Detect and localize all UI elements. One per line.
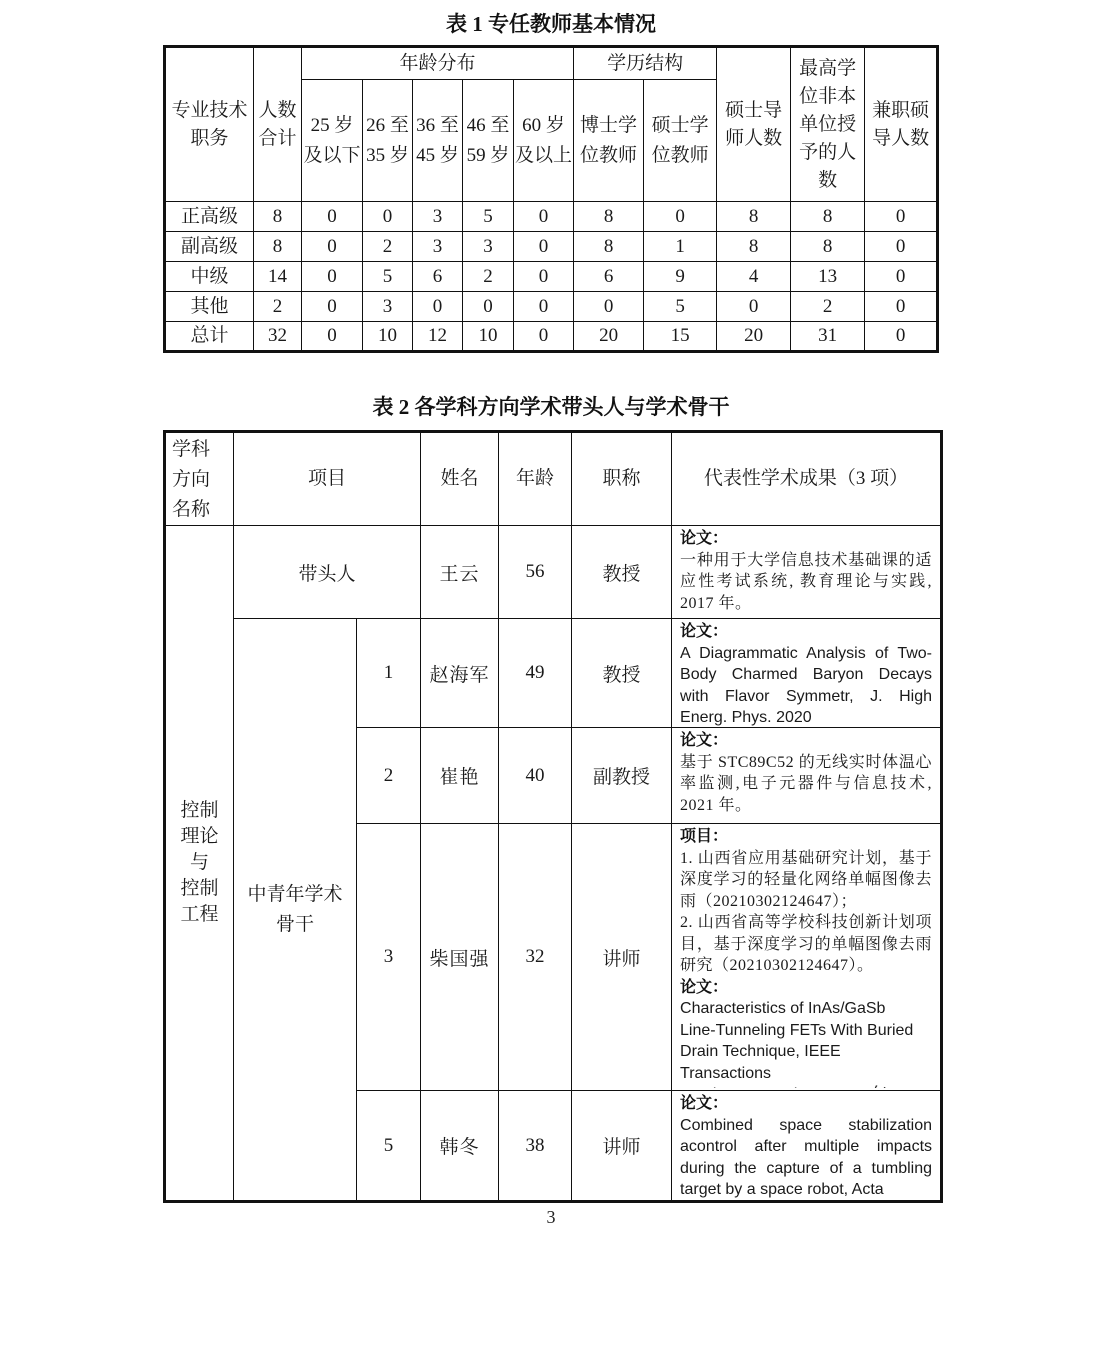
person-age: 49 bbox=[499, 619, 572, 728]
sequence-number: 3 bbox=[357, 824, 421, 1091]
data-cell: 6 bbox=[574, 262, 644, 292]
data-cell: 2 bbox=[791, 292, 865, 322]
data-cell: 14 bbox=[254, 262, 302, 292]
data-cell: 8 bbox=[574, 202, 644, 232]
person-title: 教授 bbox=[572, 619, 672, 728]
th-age-36-45: 36 至 45 岁 bbox=[413, 80, 463, 202]
data-cell: 20 bbox=[574, 322, 644, 352]
data-cell: 9 bbox=[644, 262, 717, 292]
page-number: 3 bbox=[0, 1207, 1102, 1228]
leader-label-cell: 带头人 bbox=[234, 526, 421, 619]
backbone-label-cell: 中青年学术 骨干 bbox=[234, 619, 357, 1202]
th-discipline-direction-name: 学科 方向 名称 bbox=[165, 432, 234, 526]
table-row: 其他 2 0 3 0 0 0 0 5 0 2 0 bbox=[165, 292, 938, 322]
person-name: 柴国强 bbox=[421, 824, 499, 1091]
data-cell: 0 bbox=[302, 292, 363, 322]
table1-header-row-1: 专业技术 职务 人数 合计 年龄分布 学历结构 硕士导 师人数 最高学 位非本 … bbox=[165, 47, 938, 80]
achievements-cell: 论文： A Diagrammatic Analysis of Two-Body … bbox=[672, 619, 942, 728]
data-cell: 2 bbox=[254, 292, 302, 322]
data-cell: 8 bbox=[791, 232, 865, 262]
data-cell: 0 bbox=[413, 292, 463, 322]
data-cell: 0 bbox=[302, 202, 363, 232]
achievements-content: 论文： Combined space stabilization acontro… bbox=[680, 1093, 932, 1200]
person-title: 讲师 bbox=[572, 1091, 672, 1202]
th-title: 职称 bbox=[572, 432, 672, 526]
table2-academic-leaders: 学科 方向 名称 项目 姓名 年龄 职称 代表性学术成果（3 项） 控制 理论 … bbox=[163, 430, 943, 1203]
data-cell: 0 bbox=[865, 202, 938, 232]
person-name: 王云 bbox=[421, 526, 499, 619]
th-doctoral-degree-teachers: 博士学 位教师 bbox=[574, 80, 644, 202]
data-cell: 3 bbox=[363, 292, 413, 322]
data-cell: 31 bbox=[791, 322, 865, 352]
th-age-over-60: 60 岁 及以上 bbox=[514, 80, 574, 202]
achievement-text: Characteristics of InAs/GaSb Line-Tunnel… bbox=[680, 998, 932, 1088]
data-cell: 0 bbox=[302, 232, 363, 262]
row-label: 正高级 bbox=[165, 202, 254, 232]
data-cell: 0 bbox=[363, 202, 413, 232]
data-cell: 8 bbox=[574, 232, 644, 262]
person-title: 讲师 bbox=[572, 824, 672, 1091]
th-project: 项目 bbox=[234, 432, 421, 526]
data-cell: 20 bbox=[717, 322, 791, 352]
achievement-text: 一种用于大学信息技术基础课的适应性考试系统, 教育理论与实践, 2017 年。 bbox=[680, 550, 932, 615]
achievements-cell: 论文： 基于 STC89C52 的无线实时体温心率监测,电子元器件与信息技术, … bbox=[672, 728, 942, 824]
data-cell: 15 bbox=[644, 322, 717, 352]
data-cell: 5 bbox=[363, 262, 413, 292]
sequence-number: 5 bbox=[357, 1091, 421, 1202]
data-cell: 0 bbox=[514, 292, 574, 322]
achievements-cell: 论文： 一种用于大学信息技术基础课的适应性考试系统, 教育理论与实践, 2017… bbox=[672, 526, 942, 619]
table2-title: 表 2 各学科方向学术带头人与学术骨干 bbox=[0, 391, 1102, 421]
achievement-label: 项目： bbox=[680, 826, 932, 848]
th-age: 年龄 bbox=[499, 432, 572, 526]
person-name: 赵海军 bbox=[421, 619, 499, 728]
data-cell: 8 bbox=[717, 202, 791, 232]
th-achievements: 代表性学术成果（3 项） bbox=[672, 432, 942, 526]
th-age-26-35: 26 至 35 岁 bbox=[363, 80, 413, 202]
achievements-cell: 论文： Combined space stabilization acontro… bbox=[672, 1091, 942, 1202]
table-row-leader: 控制 理论 与 控制 工程 带头人 王云 56 教授 论文： 一种用于大学信息技… bbox=[165, 526, 942, 619]
person-age: 56 bbox=[499, 526, 572, 619]
data-cell: 32 bbox=[254, 322, 302, 352]
table1-title: 表 1 专任教师基本情况 bbox=[0, 8, 1102, 38]
row-label: 总计 bbox=[165, 322, 254, 352]
achievement-text: Combined space stabilization acontrol af… bbox=[680, 1115, 932, 1201]
th-age-under-25: 25 岁 及以下 bbox=[302, 80, 363, 202]
th-highest-degree-external: 最高学 位非本 单位授 予的人 数 bbox=[791, 47, 865, 202]
th-headcount-total: 人数 合计 bbox=[254, 47, 302, 202]
achievement-project-2: 2. 山西省高等学校科技创新计划项目，基于深度学习的单幅图像去雨研究（20210… bbox=[680, 912, 932, 977]
table-row: 副高级 8 0 2 3 3 0 8 1 8 8 0 bbox=[165, 232, 938, 262]
achievement-text: A Diagrammatic Analysis of Two-Body Char… bbox=[680, 643, 932, 727]
data-cell: 0 bbox=[302, 262, 363, 292]
row-label: 其他 bbox=[165, 292, 254, 322]
achievements-cell: 项目： 1. 山西省应用基础研究计划，基于深度学习的轻量化网络单幅图像去雨（20… bbox=[672, 824, 942, 1091]
achievement-label: 论文： bbox=[680, 977, 932, 999]
data-cell: 2 bbox=[363, 232, 413, 262]
sequence-number: 1 bbox=[357, 619, 421, 728]
data-cell: 0 bbox=[463, 292, 514, 322]
data-cell: 5 bbox=[463, 202, 514, 232]
achievement-label: 论文： bbox=[680, 528, 932, 550]
data-cell: 0 bbox=[865, 292, 938, 322]
data-cell: 8 bbox=[717, 232, 791, 262]
th-degree-structure-group: 学历结构 bbox=[574, 47, 717, 80]
data-cell: 10 bbox=[363, 322, 413, 352]
table-row: 正高级 8 0 0 3 5 0 8 0 8 8 0 bbox=[165, 202, 938, 232]
table2-header-row: 学科 方向 名称 项目 姓名 年龄 职称 代表性学术成果（3 项） bbox=[165, 432, 942, 526]
data-cell: 0 bbox=[865, 232, 938, 262]
data-cell: 3 bbox=[413, 232, 463, 262]
row-label: 副高级 bbox=[165, 232, 254, 262]
th-adjunct-master-supervisor: 兼职硕 导人数 bbox=[865, 47, 938, 202]
person-age: 40 bbox=[499, 728, 572, 824]
person-age: 32 bbox=[499, 824, 572, 1091]
data-cell: 0 bbox=[644, 202, 717, 232]
data-cell: 8 bbox=[254, 232, 302, 262]
th-master-supervisor-count: 硕士导 师人数 bbox=[717, 47, 791, 202]
th-name: 姓名 bbox=[421, 432, 499, 526]
th-master-degree-teachers: 硕士学 位教师 bbox=[644, 80, 717, 202]
person-title: 教授 bbox=[572, 526, 672, 619]
data-cell: 3 bbox=[463, 232, 514, 262]
data-cell: 0 bbox=[302, 322, 363, 352]
table-row: 中级 14 0 5 6 2 0 6 9 4 13 0 bbox=[165, 262, 938, 292]
th-age-46-59: 46 至 59 岁 bbox=[463, 80, 514, 202]
row-label: 中级 bbox=[165, 262, 254, 292]
data-cell: 4 bbox=[717, 262, 791, 292]
sequence-number: 2 bbox=[357, 728, 421, 824]
th-age-distribution-group: 年龄分布 bbox=[302, 47, 574, 80]
data-cell: 0 bbox=[514, 262, 574, 292]
data-cell: 1 bbox=[644, 232, 717, 262]
discipline-name-cell: 控制 理论 与 控制 工程 bbox=[165, 526, 234, 1202]
data-cell: 0 bbox=[865, 322, 938, 352]
table-row-backbone: 中青年学术 骨干 1 赵海军 49 教授 论文： A Diagrammatic … bbox=[165, 619, 942, 728]
data-cell: 0 bbox=[574, 292, 644, 322]
data-cell: 8 bbox=[791, 202, 865, 232]
achievements-content: 项目： 1. 山西省应用基础研究计划，基于深度学习的轻量化网络单幅图像去雨（20… bbox=[680, 826, 932, 1088]
achievements-content: 论文： A Diagrammatic Analysis of Two-Body … bbox=[680, 621, 932, 726]
table-row-total: 总计 32 0 10 12 10 0 20 15 20 31 0 bbox=[165, 322, 938, 352]
data-cell: 8 bbox=[254, 202, 302, 232]
data-cell: 10 bbox=[463, 322, 514, 352]
data-cell: 0 bbox=[865, 262, 938, 292]
data-cell: 0 bbox=[717, 292, 791, 322]
achievement-label: 论文： bbox=[680, 730, 932, 752]
person-title: 副教授 bbox=[572, 728, 672, 824]
data-cell: 0 bbox=[514, 202, 574, 232]
data-cell: 2 bbox=[463, 262, 514, 292]
th-professional-title: 专业技术 职务 bbox=[165, 47, 254, 202]
data-cell: 0 bbox=[514, 232, 574, 262]
document-page: 表 1 专任教师基本情况 专业技术 职务 人数 合计 年龄分布 学历结构 硕士导… bbox=[0, 0, 1102, 1348]
achievement-label: 论文： bbox=[680, 621, 932, 643]
achievement-project-1: 1. 山西省应用基础研究计划，基于深度学习的轻量化网络单幅图像去雨（202103… bbox=[680, 848, 932, 913]
data-cell: 3 bbox=[413, 202, 463, 232]
achievement-label: 论文： bbox=[680, 1093, 932, 1115]
achievements-content: 论文： 一种用于大学信息技术基础课的适应性考试系统, 教育理论与实践, 2017… bbox=[680, 528, 932, 614]
achievements-content: 论文： 基于 STC89C52 的无线实时体温心率监测,电子元器件与信息技术, … bbox=[680, 730, 932, 816]
data-cell: 6 bbox=[413, 262, 463, 292]
achievement-text: 基于 STC89C52 的无线实时体温心率监测,电子元器件与信息技术, 2021… bbox=[680, 752, 932, 817]
person-name: 崔艳 bbox=[421, 728, 499, 824]
data-cell: 0 bbox=[514, 322, 574, 352]
data-cell: 12 bbox=[413, 322, 463, 352]
person-age: 38 bbox=[499, 1091, 572, 1202]
data-cell: 5 bbox=[644, 292, 717, 322]
data-cell: 13 bbox=[791, 262, 865, 292]
person-name: 韩冬 bbox=[421, 1091, 499, 1202]
table1-faculty-overview: 专业技术 职务 人数 合计 年龄分布 学历结构 硕士导 师人数 最高学 位非本 … bbox=[163, 45, 939, 353]
